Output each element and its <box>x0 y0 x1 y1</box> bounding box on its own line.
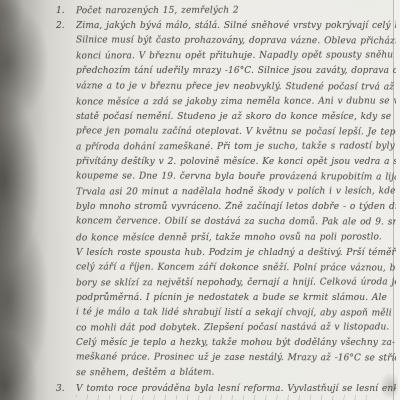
handwritten-line: podprůměrná. I pícnin je nedostatek a bu… <box>76 292 387 304</box>
handwritten-line: Trvala asi 20 minut a nadělala hodně ško… <box>76 186 396 199</box>
handwritten-line: co mohli dát pod dobytek. Zlepšení počas… <box>76 322 389 335</box>
handwritten-line: předchozím tání udeřily mrazy -16°C. Sil… <box>76 65 396 77</box>
handwritten-line: přivítány deštíky v 2. polovině měsíce. … <box>76 156 396 168</box>
item-number: 3. <box>56 383 71 395</box>
handwritten-line: celý září a říjen. Koncem září dokonce s… <box>76 261 396 274</box>
handwritten-line: konce měsíce a zdá se jakoby zima neměla… <box>76 95 396 108</box>
item-number: 2. <box>56 20 71 32</box>
handwritten-line: i té je málo a tak lidé shrabují listí a… <box>76 306 392 319</box>
handwritten-line: vázne a to je v březnu přece jev neobvyk… <box>76 80 396 93</box>
handwritten-line: bylo mnoho stromů vyvráceno. Žně začínaj… <box>76 201 396 213</box>
handwritten-line: bory se sklízí za největší nepohody, čer… <box>76 276 396 289</box>
handwritten-line: meškané práce. Prosinec už je zase nestá… <box>76 352 396 365</box>
handwritten-line: V tomto roce prováděna byla lesní reform… <box>76 383 396 395</box>
handwritten-line: se sněhem, deštěm a blátem. <box>76 367 214 379</box>
item-number: 1. <box>56 5 71 17</box>
scanned-page: 1.Počet narozených 15, zemřelých 22.Zima… <box>0 0 400 400</box>
handwritten-line: a příroda dohání zameškané. Při tom je s… <box>76 140 395 153</box>
handwritten-line: koupeme se. Dne 19. června byla bouře pr… <box>76 171 396 184</box>
handwritten-line: V lesích roste spousta hub. Podzim je ch… <box>76 247 396 259</box>
handwritten-line: konci února. V březnu opět přituhuje. Na… <box>76 50 396 63</box>
handwritten-line: Počet narozených 15, zemřelých 2 <box>76 5 239 18</box>
handwritten-line: statě počasí nemění. Studeno je až skoro… <box>76 111 391 123</box>
handwritten-line: koncem července. Obilí se dostává za suc… <box>76 216 396 229</box>
handwritten-line: Silnice musí být často prohazovány, dopr… <box>76 35 396 48</box>
handwritten-line: do konce měsíce denně prší, takže mnoho … <box>76 231 382 244</box>
handwritten-line: Celý měsíc je teplo a hezky, takže mohou… <box>76 337 395 349</box>
handwritten-line: Zima, jakých bývá málo, stálá. Silné sně… <box>76 20 396 32</box>
handwritten-line: přece jen pomalu začíná oteplovat. V kvě… <box>76 125 396 138</box>
handwriting-area: 1.Počet narozených 15, zemřelých 22.Zima… <box>0 0 400 400</box>
